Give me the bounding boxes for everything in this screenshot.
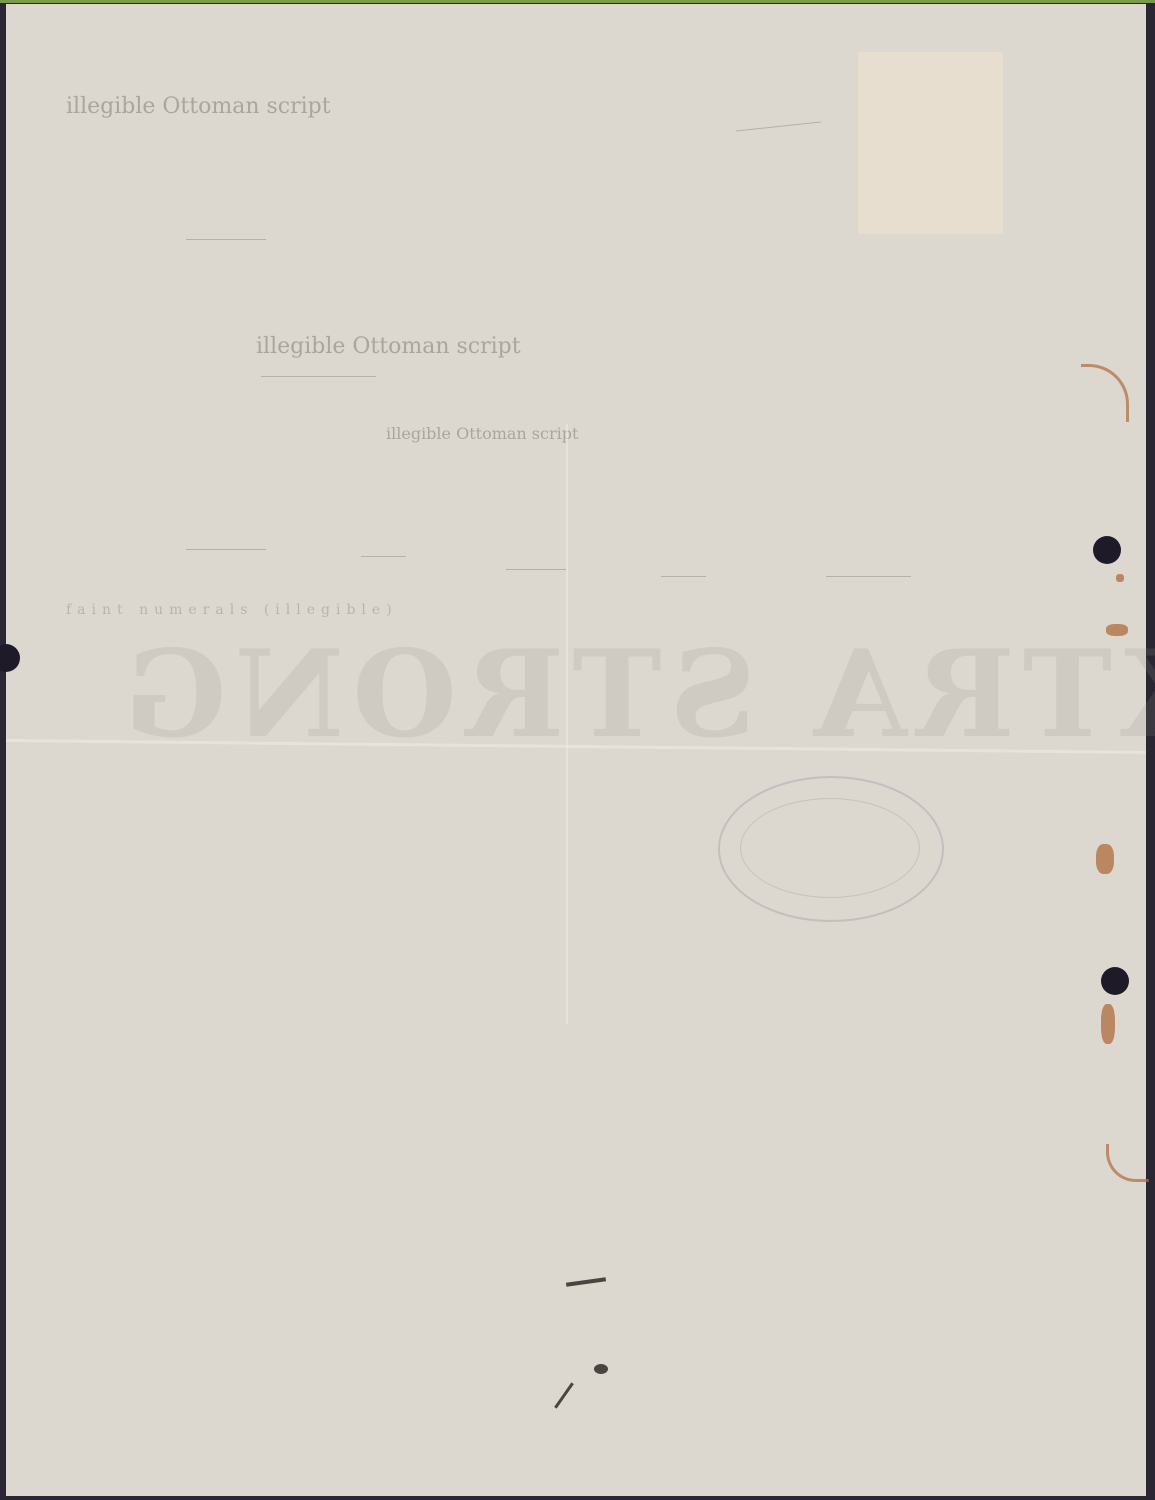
column-rule-1: [186, 549, 266, 550]
revenue-stamp-ghost: [858, 52, 1003, 234]
subtitle-handwriting: illegible Ottoman script: [386, 424, 578, 443]
rust-spot: [1106, 624, 1128, 636]
column-rule-3: [506, 569, 566, 570]
column-rule-2: [361, 556, 406, 557]
rust-bracket-top: [1081, 364, 1129, 422]
header-rule: [186, 239, 266, 240]
numbers-row: faint numerals (illegible): [66, 602, 398, 618]
column-rule-5: [826, 576, 911, 577]
punch-hole-2: [1101, 967, 1129, 995]
ink-blot: [566, 1277, 606, 1287]
ink-streak: [554, 1382, 574, 1408]
column-rule-4: [661, 576, 706, 577]
document-page: illegible Ottoman script illegible Ottom…: [6, 4, 1146, 1496]
punch-hole-1: [1093, 536, 1121, 564]
rust-bracket-bottom: [1106, 1144, 1149, 1182]
title-handwriting: illegible Ottoman script: [256, 334, 521, 359]
scan-edge: [0, 0, 1155, 3]
seal-inner-ring: [740, 798, 920, 898]
pencil-dash: [736, 122, 821, 132]
seal-impression: [718, 776, 944, 922]
punch-hole-left: [0, 644, 20, 672]
header-handwriting: illegible Ottoman script: [66, 94, 331, 119]
rust-spot: [1096, 844, 1114, 874]
ink-blot: [594, 1364, 608, 1374]
title-underline: [261, 376, 376, 377]
vertical-fold: [566, 424, 568, 1024]
rust-spot: [1101, 1004, 1115, 1044]
rust-spot: [1116, 574, 1124, 582]
